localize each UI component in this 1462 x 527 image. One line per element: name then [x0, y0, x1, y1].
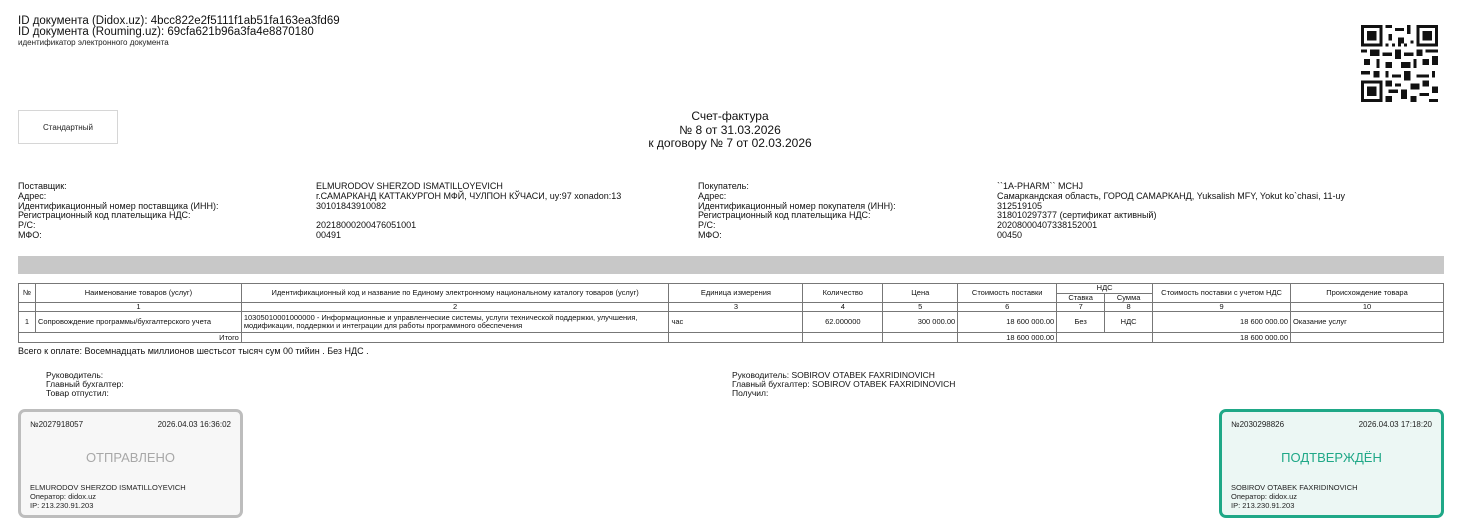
col-header-no: № — [19, 284, 36, 303]
confirmed-stamp-number: №2030298826 — [1231, 420, 1284, 429]
total-blank — [803, 333, 883, 343]
row-vat-rate: Без — [1057, 312, 1105, 333]
total-blank — [1291, 333, 1444, 343]
buyer-label: Покупатель: — [698, 182, 896, 192]
supplier-inn: 30101843910082 — [316, 202, 621, 212]
col-number: 7 — [1057, 303, 1105, 312]
confirmed-stamp-datetime: 2026.04.03 17:18:20 — [1359, 420, 1432, 429]
sent-stamp-ip: IP: 213.230.91.203 — [30, 501, 231, 510]
row-catalog: 10305010001000000 - Информационные и упр… — [241, 312, 669, 333]
supplier-mfo: 00491 — [316, 231, 621, 241]
total-cost-with-vat: 18 600 000.00 — [1153, 333, 1291, 343]
table-row: 1 Сопровождение программы/бухгалтерского… — [19, 312, 1444, 333]
invoice-number: № 8 от 31.03.2026 — [590, 124, 870, 138]
supplier-mfo-label: МФО: — [18, 231, 218, 241]
row-name: Сопровождение программы/бухгалтерского у… — [35, 312, 241, 333]
confirmed-stamp-operator: Оператор: didox.uz — [1231, 492, 1432, 501]
confirmed-stamp-ip: IP: 213.230.91.203 — [1231, 501, 1432, 510]
col-number: 6 — [958, 303, 1057, 312]
total-cost: 18 600 000.00 — [958, 333, 1057, 343]
col-header-unit: Единица измерения — [669, 284, 803, 303]
col-number: 9 — [1153, 303, 1291, 312]
buyer-account: 20208000407338152001 — [997, 221, 1345, 231]
col-header-vat: НДС — [1057, 284, 1153, 294]
col-header-cost-with-vat: Стоимость поставки с учетом НДС — [1153, 284, 1291, 303]
col-number: 1 — [35, 303, 241, 312]
rouming-id: ID документа (Rouming.uz): 69cfa621b96a3… — [18, 27, 340, 38]
buyer-mfo: 00450 — [997, 231, 1345, 241]
supplier-account: 20218000200476051001 — [316, 221, 621, 231]
row-no: 1 — [19, 312, 36, 333]
buyer-account-label: Р/С: — [698, 221, 896, 231]
col-number: 5 — [883, 303, 958, 312]
confirmed-stamp-signer: SOBIROV OTABEK FAXRIDINOVICH — [1231, 483, 1432, 492]
row-cost: 18 600 000.00 — [958, 312, 1057, 333]
row-origin: Оказание услуг — [1291, 312, 1444, 333]
col-header-name: Наименование товаров (услуг) — [35, 284, 241, 303]
row-cost-with-vat: 18 600 000.00 — [1153, 312, 1291, 333]
invoice-title: Счет-фактура № 8 от 31.03.2026 к договор… — [590, 110, 870, 151]
col-number: 2 — [241, 303, 669, 312]
total-blank — [241, 333, 669, 343]
supplier-labels: Поставщик: Адрес: Идентификационный номе… — [18, 182, 218, 241]
col-header-cost: Стоимость поставки — [958, 284, 1057, 303]
total-blank — [883, 333, 958, 343]
row-price: 300 000.00 — [883, 312, 958, 333]
total-label: Итого — [19, 333, 242, 343]
table-total-row: Итого 18 600 000.00 18 600 000.00 — [19, 333, 1444, 343]
contract-reference: к договору № 7 от 02.03.2026 — [590, 137, 870, 151]
supplier-vat-code-label: Регистрационный код плательщика НДС: — [18, 211, 218, 221]
items-table: № Наименование товаров (услуг) Идентифик… — [18, 283, 1444, 343]
goods-received-by: Получил: — [732, 389, 955, 398]
sent-stamp-datetime: 2026.04.03 16:36:02 — [158, 420, 231, 429]
section-divider-bar — [18, 256, 1444, 274]
invoice-title-line: Счет-фактура — [590, 110, 870, 124]
document-ids: ID документа (Didox.uz): 4bcc822e2f5111f… — [18, 16, 340, 48]
sent-stamp-operator: Оператор: didox.uz — [30, 492, 231, 501]
supplier-signers: Руководитель: Главный бухгалтер: Товар о… — [46, 371, 124, 398]
column-numbers-row: 1 2 3 4 5 6 7 8 9 10 — [19, 303, 1444, 312]
col-header-qty: Количество — [803, 284, 883, 303]
col-number: 10 — [1291, 303, 1444, 312]
col-header-price: Цена — [883, 284, 958, 303]
sent-stamp-number: №2027918057 — [30, 420, 83, 429]
total-in-words: Всего к оплате: Восемнадцать миллионов ш… — [18, 346, 369, 356]
row-vat-sum: НДС — [1105, 312, 1153, 333]
col-number-blank — [19, 303, 36, 312]
buyer-signers: Руководитель: SOBIROV OTABEK FAXRIDINOVI… — [732, 371, 955, 398]
col-number: 8 — [1105, 303, 1153, 312]
supplier-label: Поставщик: — [18, 182, 218, 192]
total-blank — [669, 333, 803, 343]
table-header-row: № Наименование товаров (услуг) Идентифик… — [19, 284, 1444, 294]
confirmed-stamp-status: ПОДТВЕРЖДЁН — [1231, 450, 1432, 468]
row-unit: час — [669, 312, 803, 333]
sent-stamp-status: ОТПРАВЛЕНО — [30, 450, 231, 468]
col-header-catalog: Идентификационный код и название по Един… — [241, 284, 669, 303]
goods-released-by: Товар отпустил: — [46, 389, 124, 398]
row-qty: 62.000000 — [803, 312, 883, 333]
col-header-origin: Происхождение товара — [1291, 284, 1444, 303]
qr-code-icon — [1361, 25, 1438, 102]
buyer-address: Самаркандская область, ГОРОД САМАРКАНД, … — [997, 192, 1345, 202]
total-blank — [1057, 333, 1153, 343]
supplier-values: ELMURODOV SHERZOD ISMATILLOYEVICH г.САМА… — [316, 182, 621, 241]
buyer-labels: Покупатель: Адрес: Идентификационный ном… — [698, 182, 896, 241]
document-type-badge: Стандартный — [18, 110, 118, 144]
supplier-account-label: Р/С: — [18, 221, 218, 231]
sent-stamp: №2027918057 2026.04.03 16:36:02 ОТПРАВЛЕ… — [18, 409, 243, 518]
confirmed-stamp: №2030298826 2026.04.03 17:18:20 ПОДТВЕРЖ… — [1219, 409, 1444, 518]
id-caption: идентификатор электронного документа — [18, 38, 340, 48]
buyer-vat-code-label: Регистрационный код плательщика НДС: — [698, 211, 896, 221]
sent-stamp-signer: ELMURODOV SHERZOD ISMATILLOYEVICH — [30, 483, 231, 492]
buyer-mfo-label: МФО: — [698, 231, 896, 241]
col-number: 3 — [669, 303, 803, 312]
col-number: 4 — [803, 303, 883, 312]
buyer-values: ``1A-PHARM`` MCHJ Самаркандская область,… — [997, 182, 1345, 241]
